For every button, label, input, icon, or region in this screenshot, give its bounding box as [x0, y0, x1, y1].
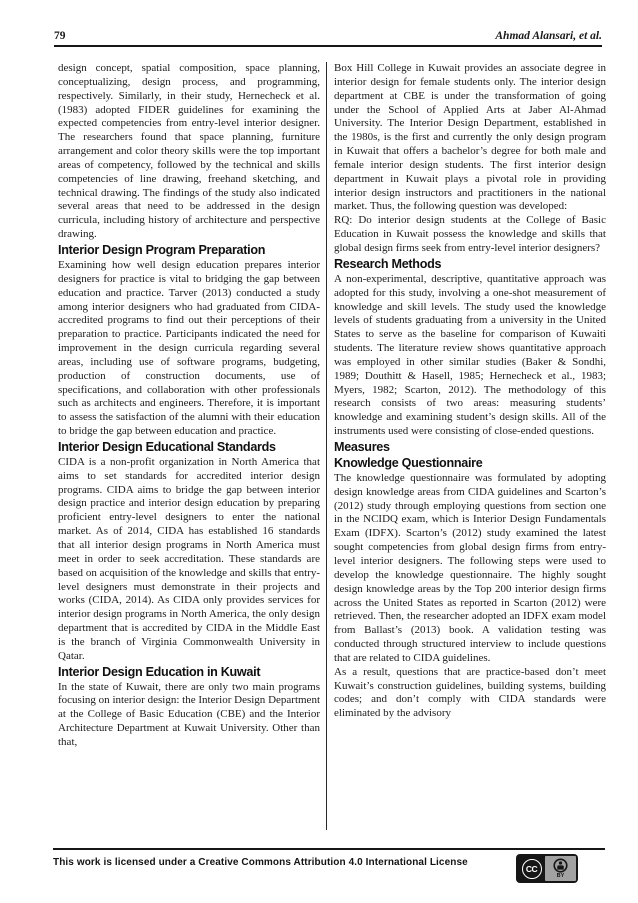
page-number: 79	[54, 30, 66, 42]
running-head-authors: Ahmad Alansari, et al.	[495, 30, 602, 42]
by-label: BY	[557, 873, 565, 879]
paragraph: CIDA is a non-profit organization in Nor…	[58, 456, 320, 664]
person-icon	[553, 858, 568, 873]
page-header: 79 Ahmad Alansari, et al.	[54, 30, 602, 47]
paragraph: A non-experimental, descriptive, quantit…	[334, 273, 606, 439]
cc-by-badge[interactable]: CC BY	[516, 854, 578, 883]
paper-page: 79 Ahmad Alansari, et al. design concept…	[0, 0, 638, 903]
paragraph: design concept, spatial composition, spa…	[58, 62, 320, 242]
section-heading: Measures	[334, 440, 606, 455]
section-heading: Knowledge Questionnaire	[334, 456, 606, 471]
paragraph: Box Hill College in Kuwait provides an a…	[334, 62, 606, 214]
column-divider	[326, 62, 327, 830]
research-question: RQ: Do interior design students at the C…	[334, 214, 606, 256]
paragraph: Examining how well design education prep…	[58, 259, 320, 439]
paragraph: The knowledge questionnaire was formulat…	[334, 472, 606, 666]
page-footer: This work is licensed under a Creative C…	[53, 848, 605, 883]
paragraph: As a result, questions that are practice…	[334, 666, 606, 721]
article-body: design concept, spatial composition, spa…	[58, 62, 606, 846]
license-statement: This work is licensed under a Creative C…	[53, 854, 468, 868]
right-column: Box Hill College in Kuwait provides an a…	[334, 62, 606, 846]
paragraph: In the state of Kuwait, there are only t…	[58, 681, 320, 750]
left-column: design concept, spatial composition, spa…	[58, 62, 320, 846]
cc-by-attribution-cell: BY	[545, 856, 576, 881]
cc-logo-icon: CC	[518, 856, 545, 881]
section-heading: Research Methods	[334, 257, 606, 272]
section-heading: Interior Design Education in Kuwait	[58, 665, 320, 680]
section-heading: Interior Design Program Preparation	[58, 243, 320, 258]
cc-logo-label: CC	[522, 859, 542, 879]
section-heading: Interior Design Educational Standards	[58, 440, 320, 455]
